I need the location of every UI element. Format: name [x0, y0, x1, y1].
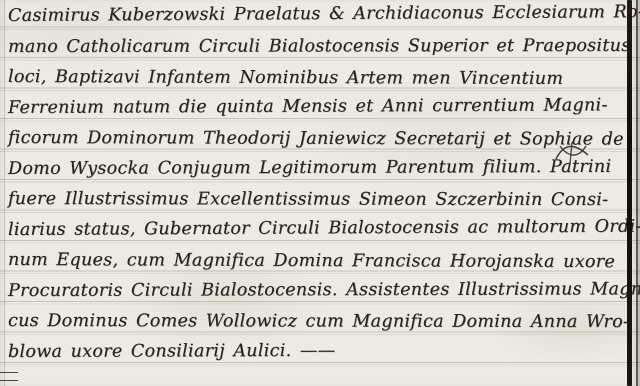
text-line-12: blowa uxore Consiliarij Aulici. —— [8, 334, 624, 367]
text-line-5: ficorum Dominorum Theodorij Janiewicz Se… [8, 123, 624, 155]
right-ledger-rule-thin [636, 0, 638, 386]
scanned-register-page: Casimirus Kuberzowski Praelatus & Archid… [0, 0, 640, 386]
text-line-10: Procuratoris Circuli Bialostocensis. Ass… [8, 274, 624, 306]
ink-scribble [552, 141, 592, 165]
text-line-9: num Eques, cum Magnifica Domina Francisc… [8, 245, 624, 278]
text-line-11: cus Dominus Comes Wollowicz cum Magnific… [8, 306, 624, 338]
text-line-8: liarius status, Gubernator Circuli Bialo… [8, 211, 624, 245]
left-margin-rule [4, 0, 5, 386]
text-line-6: Domo Wysocka Conjugum Legitimorum Parent… [8, 151, 624, 184]
text-line-4: Ferrenium natum die quinta Mensis et Ann… [8, 90, 624, 123]
text-line-7: fuere Illustrissimus Excellentissimus Si… [8, 184, 624, 216]
text-line-2: mano Catholicarum Circuli Bialostocensis… [8, 30, 624, 62]
right-ledger-rule-thick [627, 0, 632, 386]
handwritten-text-block: Casimirus Kuberzowski Praelatus & Archid… [8, 1, 624, 367]
bottom-left-margin-mark [0, 372, 18, 381]
text-line-1: Casimirus Kuberzowski Praelatus & Archid… [8, 0, 624, 31]
